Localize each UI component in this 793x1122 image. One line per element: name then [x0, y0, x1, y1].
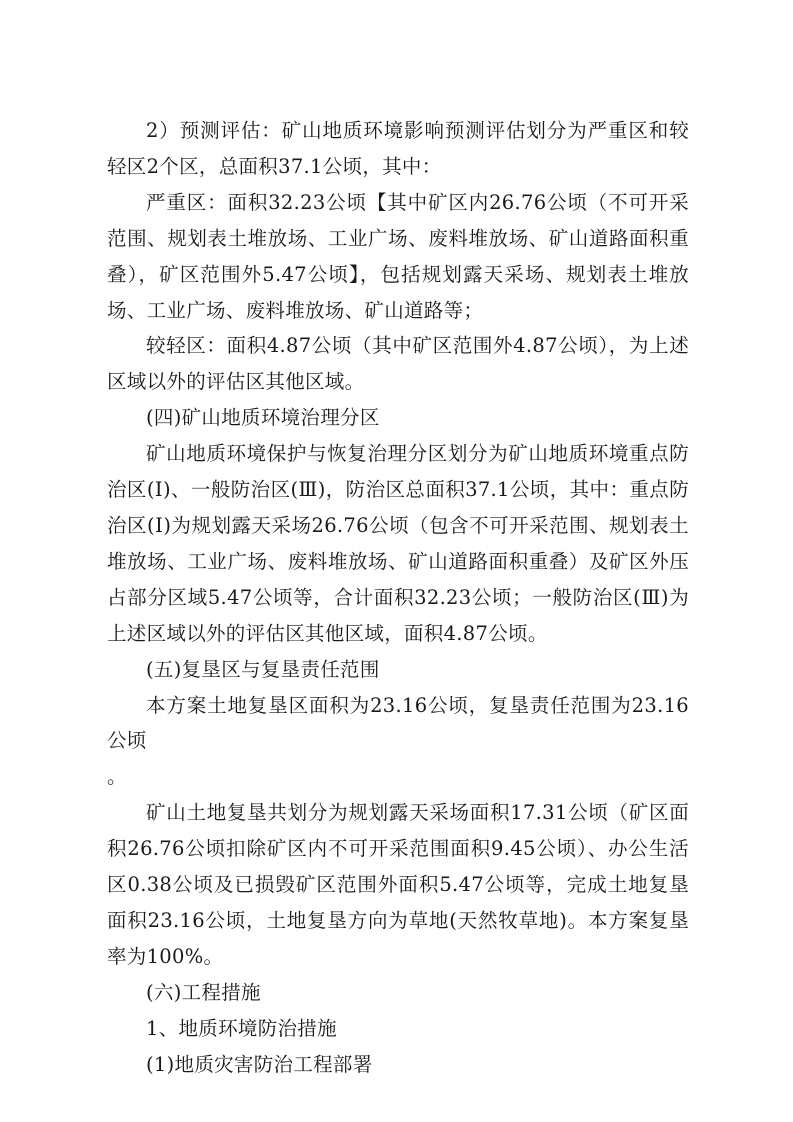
paragraph-reclamation-area: 本方案土地复垦区面积为23.16公顷，复垦责任范围为23.16公顷 [107, 688, 689, 760]
document-page: 2）预测评估：矿山地质环境影响预测评估划分为严重区和较轻区2个区，总面积37.1… [107, 113, 689, 1082]
paragraph-reclamation-division: 矿山土地复垦共划分为规划露天采场面积17.31公顷（矿区面积26.76公顷扣除矿… [107, 795, 689, 975]
section-heading-governance-zoning: (四)矿山地质环境治理分区 [107, 400, 689, 436]
section-heading-reclamation-area: (五)复垦区与复垦责任范围 [107, 652, 689, 688]
section-heading-engineering-measures: (六)工程措施 [107, 975, 689, 1011]
subheading-geo-environment-measures: 1、地质环境防治措施 [107, 1011, 689, 1047]
paragraph-prediction-assessment: 2）预测评估：矿山地质环境影响预测评估划分为严重区和较轻区2个区，总面积37.1… [107, 113, 689, 185]
paragraph-orphan-period: 。 [107, 759, 689, 795]
subheading-geohazard-deployment: (1)地质灾害防治工程部署 [107, 1047, 689, 1083]
paragraph-light-zone: 较轻区：面积4.87公顷（其中矿区范围外4.87公顷），为上述区域以外的评估区其… [107, 328, 689, 400]
paragraph-severe-zone: 严重区：面积32.23公顷【其中矿区内26.76公顷（不可开采范围、规划表土堆放… [107, 185, 689, 329]
paragraph-governance-zoning: 矿山地质环境保护与恢复治理分区划分为矿山地质环境重点防治区(Ⅰ)、一般防治区(Ⅲ… [107, 436, 689, 651]
